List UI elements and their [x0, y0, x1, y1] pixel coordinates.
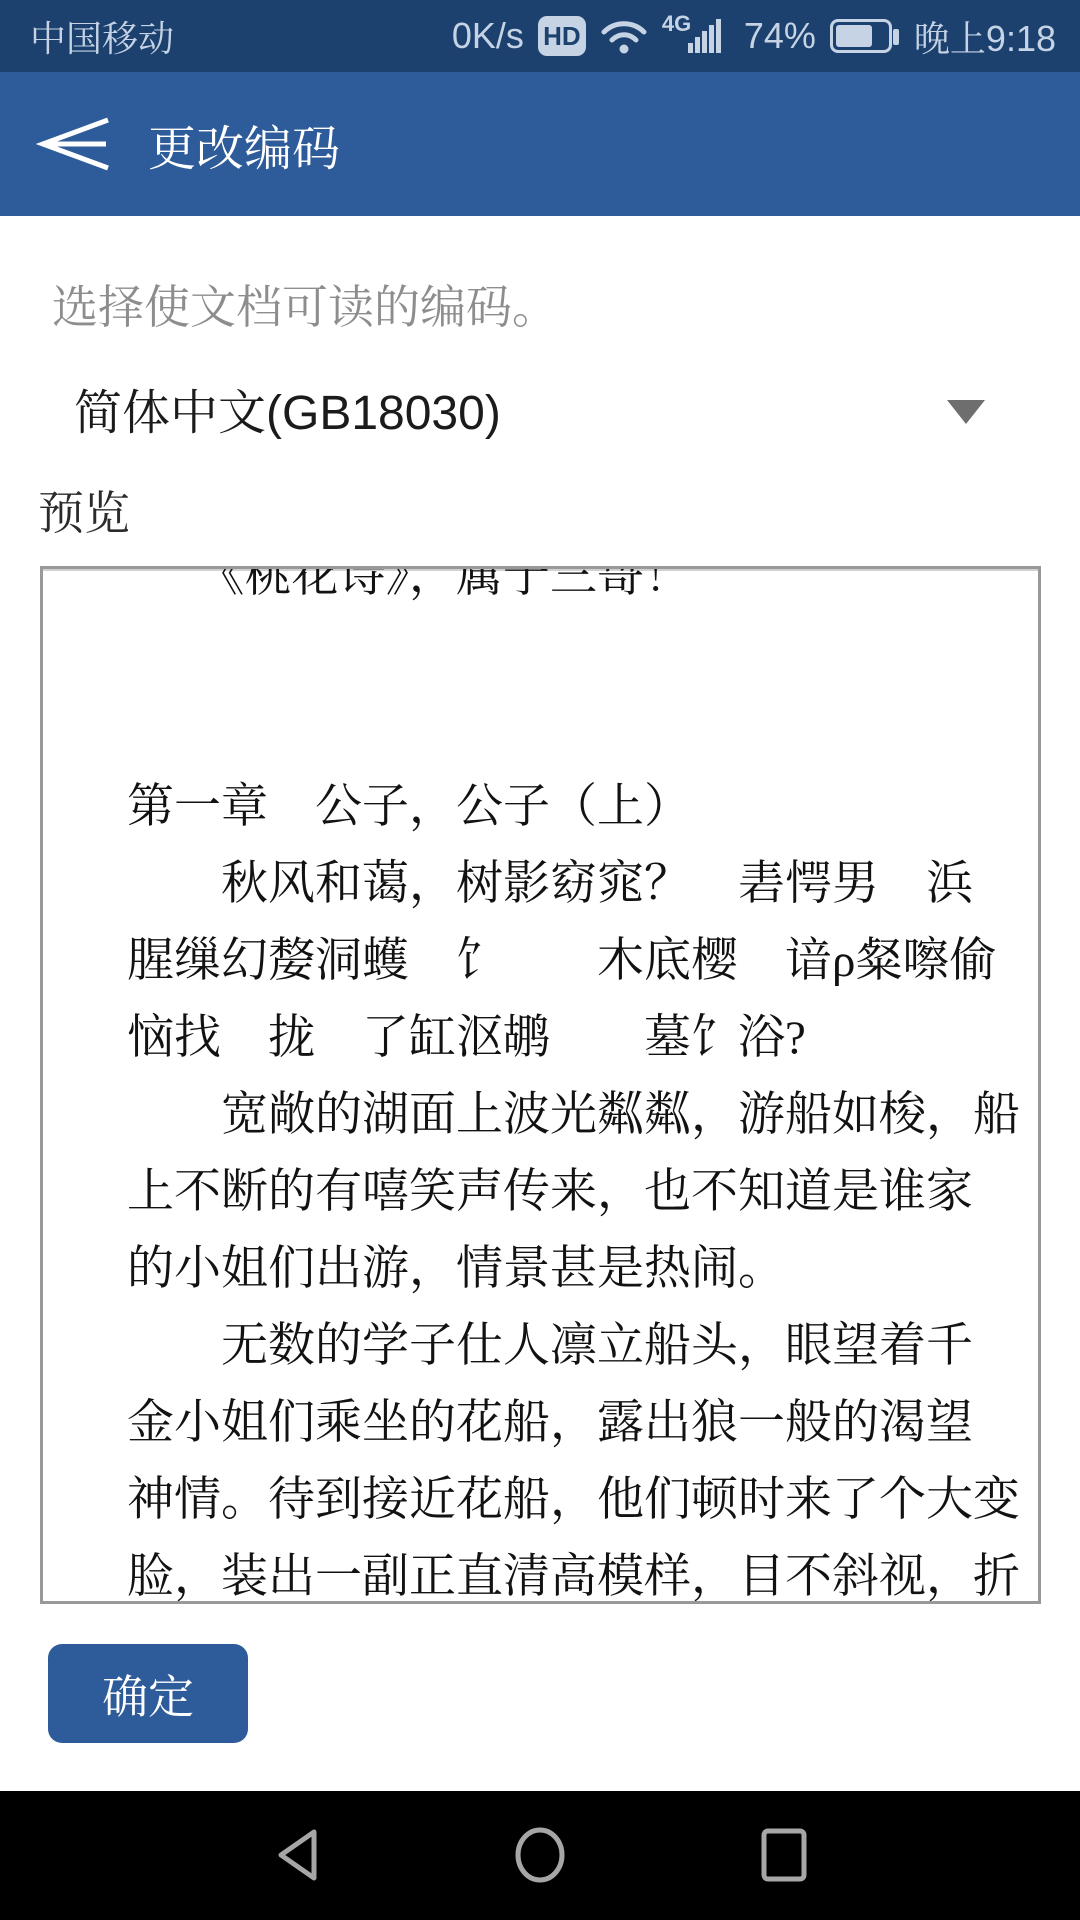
nav-home-icon[interactable]	[512, 1827, 568, 1886]
preview-box[interactable]: 《桃花诗》，属于三哥！ 第一章 公子，公子（上） 秋风和蔼，树影窈窕？ 砉愕男 …	[40, 566, 1041, 1604]
nav-back-icon[interactable]	[272, 1827, 324, 1886]
preview-line: 金小姐们乘坐的花船，露出狼一般的渴望	[127, 1385, 1038, 1462]
preview-line: 宽敞的湖面上波光粼粼，游船如梭，船	[127, 1077, 1038, 1154]
encoding-dropdown[interactable]: 简体中文(GB18030)	[0, 356, 1080, 460]
confirm-button[interactable]: 确定	[48, 1644, 248, 1743]
status-icons: 0K/s HD 4G 74% 晚上9:18	[452, 11, 1056, 62]
preview-line: 恼找 拢 了缸沤鹕 墓饣浴?	[127, 1000, 1038, 1077]
network-speed: 0K/s	[452, 15, 524, 57]
preview-line: 无数的学子仕人凛立船头，眼望着千	[127, 1308, 1038, 1385]
signal-strength-icon: 4G	[662, 13, 730, 59]
preview-line: 脸，装出一副正直清高模样，目不斜视，折	[127, 1539, 1038, 1604]
preview-line: 神情。待到接近花船，他们顿时来了个大变	[127, 1462, 1038, 1539]
preview-line	[127, 615, 1038, 692]
app-bar: 更改编码	[0, 72, 1080, 216]
network-type-label: 4G	[662, 11, 691, 37]
preview-line: 《桃花诗》，属于三哥！	[127, 566, 1038, 615]
status-bar: 中国移动 0K/s HD 4G 74% 晚上9:18	[0, 0, 1080, 72]
chevron-down-icon	[947, 400, 985, 424]
preview-line	[127, 692, 1038, 769]
preview-label: 预览	[38, 477, 130, 543]
preview-line: 的小姐们出游，情景甚是热闹。	[127, 1231, 1038, 1308]
battery-icon	[830, 19, 892, 53]
instruction-text: 选择使文档可读的编码。	[52, 271, 558, 337]
page-title: 更改编码	[148, 110, 340, 179]
preview-line: 上不断的有嘻笑声传来，也不知道是谁家	[127, 1154, 1038, 1231]
nav-recents-icon[interactable]	[758, 1827, 810, 1886]
carrier-label: 中国移动	[30, 11, 174, 62]
preview-line: 第一章 公子，公子（上）	[127, 769, 1038, 846]
navigation-bar	[0, 1791, 1080, 1920]
preview-line: 腥缫幻嫠洞蠖 饣 木底樱 谙ρ粲嚓偷	[127, 923, 1038, 1000]
back-arrow-icon[interactable]	[36, 114, 114, 174]
wifi-icon	[600, 16, 648, 56]
screen: 中国移动 0K/s HD 4G 74% 晚上9:18	[0, 0, 1080, 1920]
selected-encoding: 简体中文(GB18030)	[74, 374, 501, 443]
preview-line: 秋风和蔼，树影窈窕？ 砉愕男 浜	[127, 846, 1038, 923]
clock-label: 晚上9:18	[914, 11, 1056, 62]
hd-volte-icon: HD	[538, 16, 586, 56]
signal-bars-icon	[688, 19, 721, 53]
battery-percent-label: 74%	[744, 15, 816, 57]
preview-text: 《桃花诗》，属于三哥！ 第一章 公子，公子（上） 秋风和蔼，树影窈窕？ 砉愕男 …	[43, 566, 1038, 1604]
